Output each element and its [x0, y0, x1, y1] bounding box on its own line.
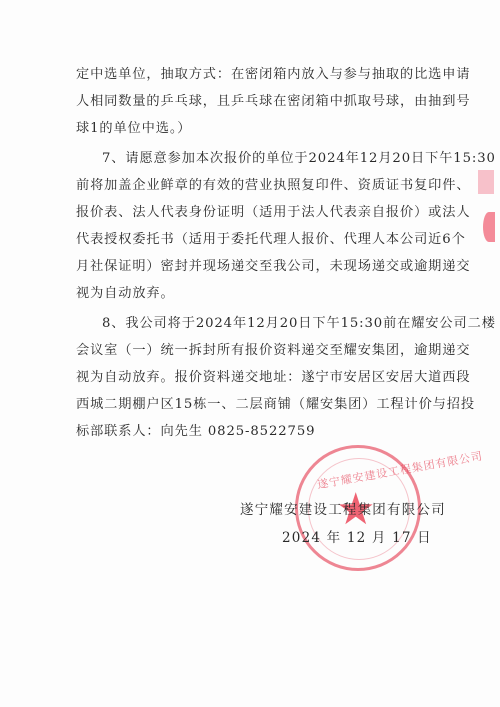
text-line: 西城二期棚户区15栋一、二层商铺（耀安集团）工程计价与招投 [76, 396, 475, 414]
item7-heading-line: 7、请愿意参加本次报价的单位于2024年12月20日下午15:30 [102, 150, 496, 168]
document-page: 定中选单位，抽取方式：在密闭箱内放入与参与抽取的比选申请 人相同数量的乒乓球，且… [0, 0, 500, 707]
text-line: 代表授权委托书（适用于委托代理人报价、代理人本公司近6个 [76, 231, 466, 249]
text-line: 会议室（一）统一拆封所有报价资料递交至耀安集团，逾期递交 [76, 342, 470, 360]
text-line: 定中选单位，抽取方式：在密闭箱内放入与参与抽取的比选申请 [76, 66, 470, 84]
text-line: 月社保证明）密封并现场递交至我公司，未现场递交或逾期递交 [76, 258, 470, 276]
text-line: 报价表、法人代表身份证明（适用于法人代表亲自报价）或法人 [76, 204, 470, 222]
text-line: 前将加盖企业鲜章的有效的营业执照复印件、资质证书复印件、 [76, 177, 470, 195]
edge-stamp-fragment [478, 170, 494, 194]
text-line: 人相同数量的乒乓球，且乒乓球在密闭箱中抓取号球，由抽到号 [76, 93, 470, 111]
signature-company: 遂宁耀安建设工程集团有限公司 [240, 498, 446, 518]
text-line: 视为自动放弃。报价资料递交地址：遂宁市安居区安居大道西段 [76, 369, 470, 387]
signature-date: 2024 年 12 月 17 日 [282, 526, 432, 546]
text-line: 视为自动放弃。 [76, 285, 175, 303]
contact-line: 标部联系人：向先生 0825-8522759 [76, 423, 315, 441]
item8-heading-line: 8、我公司将于2024年12月20日下午15:30前在耀安公司二楼 [102, 315, 496, 333]
text-line: 球1的单位中选。） [76, 120, 191, 138]
edge-seal-fragment [483, 212, 495, 242]
